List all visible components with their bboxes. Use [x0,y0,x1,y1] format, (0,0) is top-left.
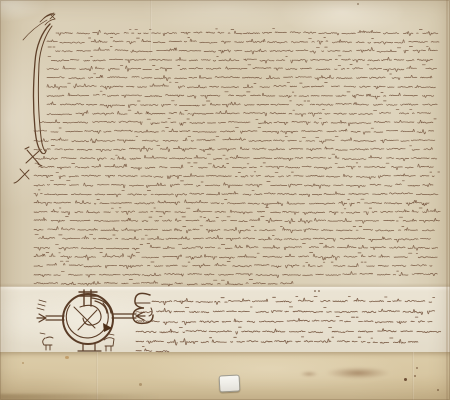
ink-layer [0,0,450,400]
manuscript-scan [0,0,450,400]
subscription-text-block [136,297,441,352]
opening-flourish-icon [23,13,55,154]
main-text-block [34,29,440,286]
notarial-sign [37,290,145,351]
margin-doodles [14,147,42,183]
